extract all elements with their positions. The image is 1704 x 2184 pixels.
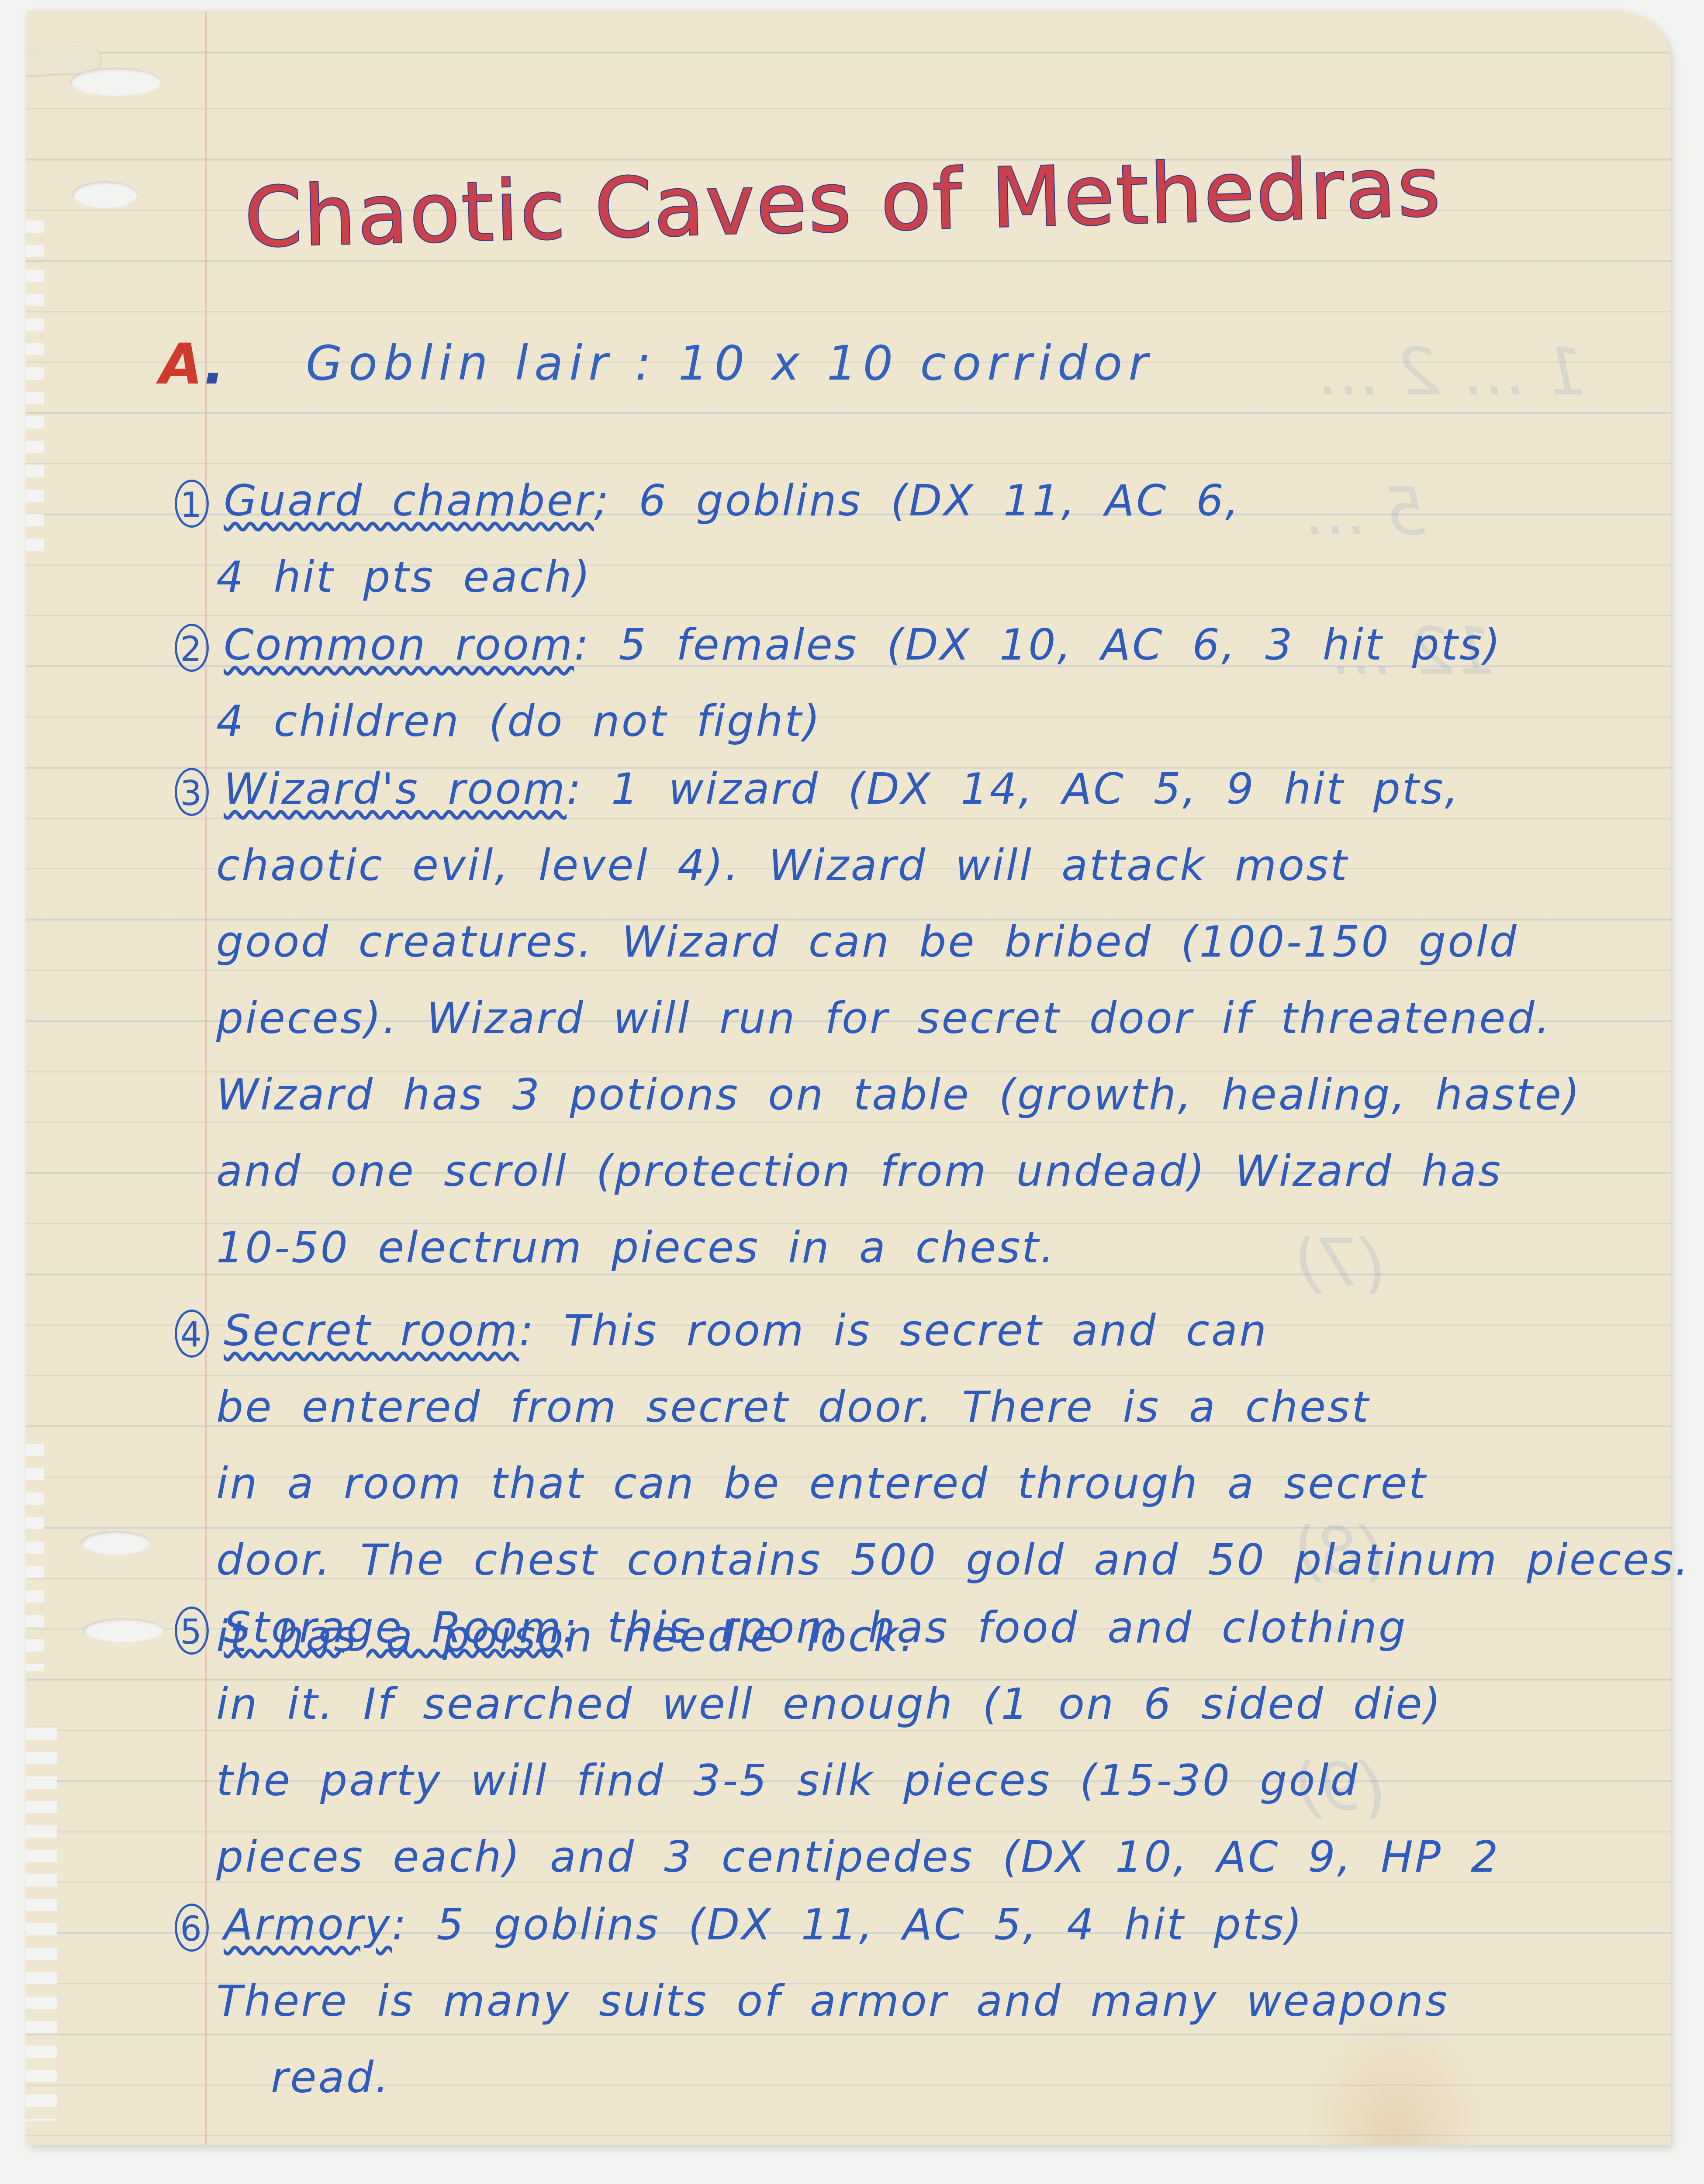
room-line: Wizard has 3 potions on table (growth, h…: [175, 1057, 1529, 1133]
room-name: Storage Room: [224, 1603, 563, 1653]
room-line: 1Guard chamber; 6 goblins (DX 11, AC 6,: [175, 463, 1529, 539]
binder-hole-bottom: [83, 1618, 164, 1642]
section-letter: A.: [159, 332, 225, 397]
room-line: good creatures. Wizard can be bribed (10…: [175, 904, 1529, 981]
room-text: : This room is secret and can: [519, 1306, 1268, 1356]
room-line: 2Common room: 5 females (DX 10, AC 6, 3 …: [175, 607, 1529, 684]
room-line: chaotic evil, level 4). Wizard will atta…: [175, 828, 1529, 904]
room-line: pieces). Wizard will run for secret door…: [175, 981, 1529, 1057]
room-text: : 1 wizard (DX 14, AC 5, 9 hit pts,: [567, 764, 1460, 814]
room-number-badge: 6: [175, 1904, 209, 1952]
room-line: door. The chest contains 500 gold and 50…: [175, 1522, 1529, 1599]
room-number-badge: 4: [175, 1310, 209, 1358]
room-number-badge: 1: [175, 480, 209, 528]
room-line: pieces each) and 3 centipedes (DX 10, AC…: [175, 1819, 1529, 1896]
room-line: the party will find 3-5 silk pieces (15-…: [175, 1743, 1529, 1819]
room-line: read.: [175, 2040, 1529, 2116]
room-name: Secret room: [224, 1306, 519, 1356]
room-number-badge: 2: [175, 624, 209, 672]
binder-hole-upper: [72, 181, 138, 208]
room-entry-1: 1Guard chamber; 6 goblins (DX 11, AC 6, …: [175, 463, 1529, 616]
room-text: : this room has food and clothing: [563, 1603, 1407, 1653]
room-entry-6: 6Armory: 5 goblins (DX 11, AC 5, 4 hit p…: [175, 1887, 1529, 2116]
binder-hole-top: [70, 68, 162, 96]
room-text: ; 6 goblins (DX 11, AC 6,: [594, 476, 1241, 526]
room-line: 4 hit pts each): [175, 539, 1529, 616]
room-line: be entered from secret door. There is a …: [175, 1369, 1529, 1446]
torn-edge-upper: [26, 221, 44, 553]
bleed-through-text: 1 ... 2 ...: [1315, 334, 1586, 410]
room-number-badge: 3: [175, 768, 209, 816]
room-line: in it. If searched well enough (1 on 6 s…: [175, 1666, 1529, 1743]
room-text: : 5 goblins (DX 11, AC 5, 4 hit pts): [392, 1900, 1303, 1950]
room-number-badge: 5: [175, 1607, 209, 1655]
room-line: and one scroll (protection from undead) …: [175, 1133, 1529, 1210]
torn-edge-middle: [26, 1444, 44, 1671]
room-line: 6Armory: 5 goblins (DX 11, AC 5, 4 hit p…: [175, 1887, 1529, 1963]
room-line: in a room that can be entered through a …: [175, 1446, 1529, 1522]
room-line: 10-50 electrum pieces in a chest.: [175, 1210, 1529, 1286]
torn-edge-lower: [26, 1728, 57, 2121]
room-entry-2: 2Common room: 5 females (DX 10, AC 6, 3 …: [175, 607, 1529, 760]
section-letter-text: A: [159, 332, 204, 397]
binder-hole-middle: [81, 1531, 151, 1555]
room-line: 3Wizard's room: 1 wizard (DX 14, AC 5, 9…: [175, 751, 1529, 828]
room-line: 4 children (do not fight): [175, 684, 1529, 760]
room-name: Guard chamber: [224, 476, 594, 526]
section-heading: Goblin lair : 10 x 10 corridor: [306, 336, 1154, 391]
room-line: 5Storage Room: this room has food and cl…: [175, 1590, 1529, 1666]
room-entry-5: 5Storage Room: this room has food and cl…: [175, 1590, 1529, 1896]
room-line: 4Secret room: This room is secret and ca…: [175, 1293, 1529, 1369]
room-line: There is many suits of armor and many we…: [175, 1963, 1529, 2040]
section-letter-dot: .: [204, 332, 225, 397]
room-entry-3: 3Wizard's room: 1 wizard (DX 14, AC 5, 9…: [175, 751, 1529, 1286]
room-name: Wizard's room: [224, 764, 567, 814]
room-name: Common room: [224, 620, 574, 670]
room-text: : 5 females (DX 10, AC 6, 3 hit pts): [574, 620, 1502, 670]
room-name: Armory: [224, 1900, 392, 1950]
